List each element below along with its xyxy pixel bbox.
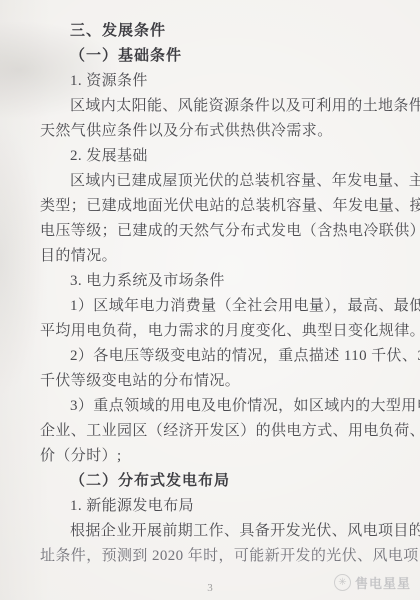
- paragraph-line: 千伏等级变电站的分布情况。: [40, 369, 394, 394]
- document-page: 三、发展条件 （一）基础条件 1. 资源条件 区域内太阳能、风能资源条件以及可利…: [0, 0, 420, 600]
- paragraph-line: 企业、工业园区（经济开发区）的供电方式、用电负荷、电: [40, 419, 394, 444]
- paragraph-line: 2）各电压等级变电站的情况，重点描述 110 千伏、35: [40, 344, 394, 369]
- item-heading-development-foundation: 2. 发展基础: [40, 144, 394, 169]
- paragraph-line: 3）重点领域的用电及电价情况，如区域内的大型用电: [40, 394, 394, 419]
- subsection-heading-distributed-generation-layout: （二）分布式发电布局: [40, 469, 394, 494]
- paragraph-line: 区域内已建成屋顶光伏的总装机容量、年发电量、主要: [40, 169, 394, 194]
- item-heading-power-system-market: 3. 电力系统及市场条件: [40, 269, 394, 294]
- paragraph-line: 1）区域年电力消费量（全社会用电量），最高、最低、: [40, 294, 394, 319]
- item-heading-new-energy-layout: 1. 新能源发电布局: [40, 494, 394, 519]
- star-logo-icon: ✳: [334, 574, 351, 591]
- paragraph-line: 目的情况。: [40, 244, 394, 269]
- paragraph-line: 电压等级；已建成的天然气分布式发电（含热电冷联供）项: [40, 219, 394, 244]
- watermark-label: 售电星星: [355, 573, 411, 592]
- section-heading-development-conditions: 三、发展条件: [40, 19, 394, 44]
- item-heading-resource-conditions: 1. 资源条件: [40, 69, 394, 94]
- subsection-heading-basic-conditions: （一）基础条件: [40, 44, 394, 69]
- paragraph-line: 类型；已建成地面光伏电站的总装机容量、年发电量、接入: [40, 194, 394, 219]
- paragraph-line: 平均用电负荷，电力需求的月度变化、典型日变化规律。: [40, 319, 394, 344]
- paragraph-line: 天然气供应条件以及分布式供热供冷需求。: [40, 119, 394, 144]
- paragraph-line: 址条件，预测到 2020 年时，可能新开发的光伏、风电项目: [40, 544, 394, 569]
- document-body: 三、发展条件 （一）基础条件 1. 资源条件 区域内太阳能、风能资源条件以及可利…: [40, 19, 394, 569]
- paragraph-line: 价（分时）;: [40, 444, 394, 469]
- paragraph-line: 区域内太阳能、风能资源条件以及可利用的土地条件，: [40, 94, 394, 119]
- watermark: ✳ 售电星星: [334, 573, 411, 592]
- paragraph-line: 根据企业开展前期工作、具备开发光伏、风电项目的场: [40, 519, 394, 544]
